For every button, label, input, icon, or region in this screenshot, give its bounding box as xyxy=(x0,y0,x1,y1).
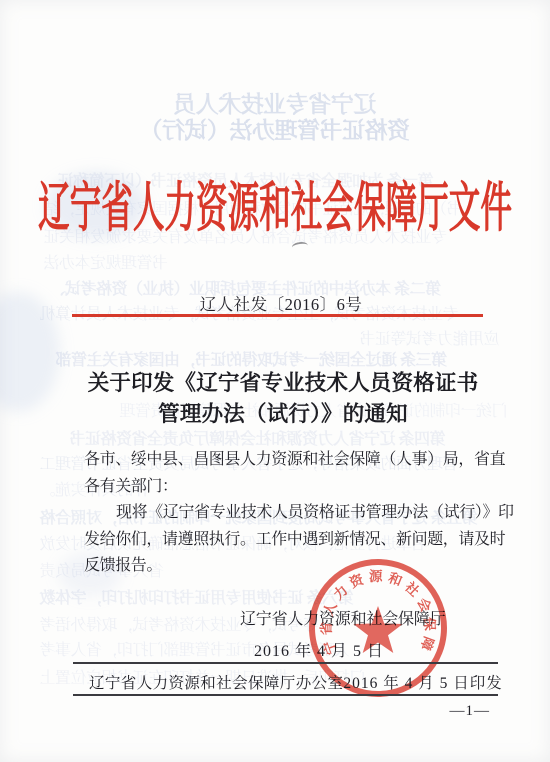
footer-bottom-rule xyxy=(73,694,498,696)
document-title-line1: 关于印发《辽宁省专业技术人员资格证书 xyxy=(8,368,550,399)
bleedthrough-line: 应用能力考试等证书 xyxy=(360,326,500,349)
document-title-line2: 管理办法（试行）》的通知 xyxy=(8,399,550,430)
red-divider-rule xyxy=(72,314,483,317)
footer-office: 辽宁省人力资源和社会保障厅办公室 xyxy=(73,671,343,693)
body-line: 现将《辽宁省专业技术人员资格证书管理办法（试行）》印 xyxy=(84,500,514,527)
body-line: 各有关部门： xyxy=(84,474,514,501)
document-number: 辽人社发〔2016〕6号 xyxy=(6,291,550,315)
bleedthrough-line: 书管理规定本办法 xyxy=(44,250,168,273)
bleedthrough-line: 辽宁省专业技术人员 xyxy=(0,86,550,119)
footer-print-date: 2016 年 4 月 5 日印发 xyxy=(343,671,519,693)
body-line: 各市、绥中县、昌图县人力资源和社会保障（人事）局，省直 xyxy=(84,447,514,474)
seal-star-icon xyxy=(353,606,402,653)
body-line: 发给你们，请遵照执行。工作中遇到新情况、新问题，请及时 xyxy=(84,527,514,554)
bleedthrough-line: 资格证书管理办法（试行） xyxy=(0,112,550,145)
document-title: 关于印发《辽宁省专业技术人员资格证书 管理办法（试行）》的通知 xyxy=(8,368,550,430)
pen-mark xyxy=(291,241,308,253)
letterhead: 辽宁省人力资源和社会保障厅文件 xyxy=(0,173,550,233)
footer-top-rule xyxy=(73,662,498,664)
footer-row: 辽宁省人力资源和社会保障厅办公室 2016 年 4 月 5 日印发 xyxy=(73,671,498,693)
scanned-document-page: 辽宁省专业技术人员资格证书管理办法（试行）第一条 为加强全省专业技术人员资格证书… xyxy=(0,0,550,762)
letterhead-title: 辽宁省人力资源和社会保障厅文件 xyxy=(38,165,512,242)
bleedthrough-line: 第三条 通过全国统一考试取得的证书，由国家有关主管部 xyxy=(56,347,447,370)
page-number: —1— xyxy=(450,703,491,720)
